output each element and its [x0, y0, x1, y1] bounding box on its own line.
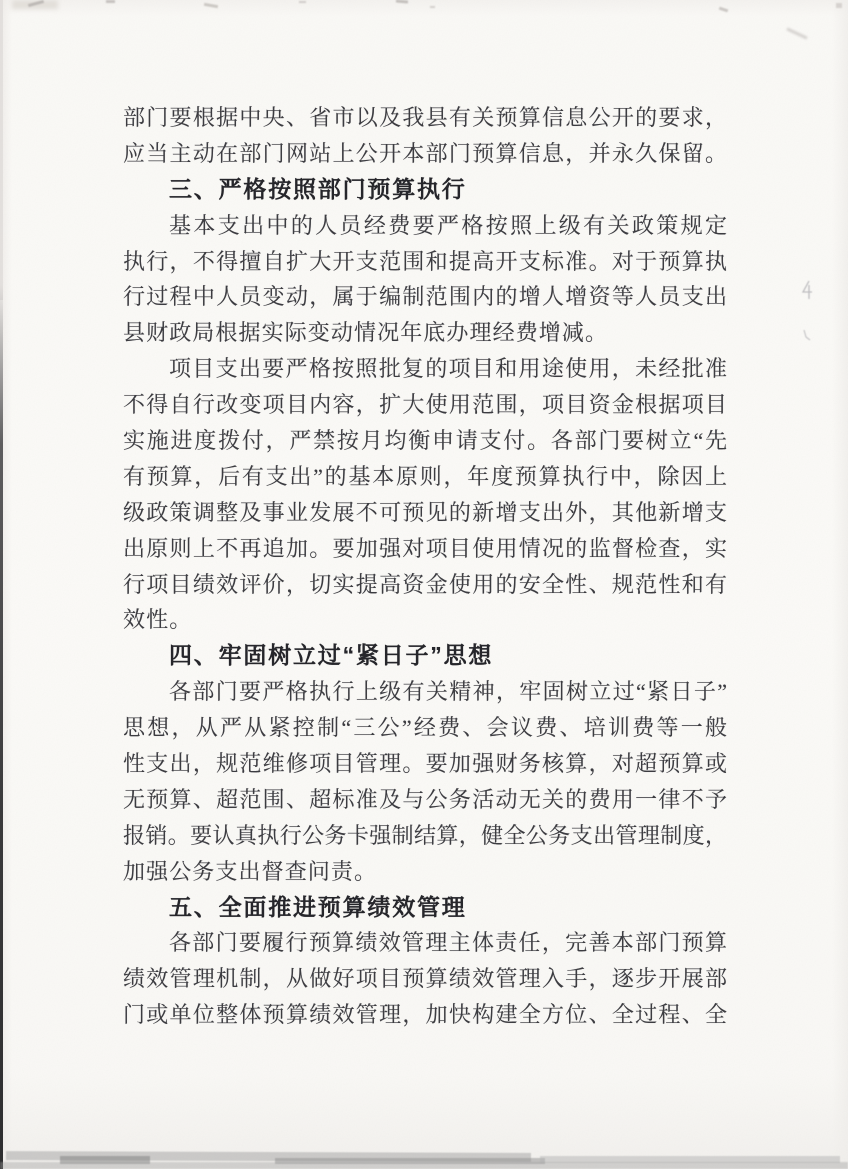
scan-speck	[299, 1, 306, 3]
section-heading-3: 三、严格按照部门预算执行	[123, 172, 727, 208]
scan-edge-bottom-band	[6, 1151, 531, 1162]
text-line: 门或单位整体预算绩效管理，加快构建全方位、全过程、全	[123, 997, 727, 1033]
scan-speck	[106, 0, 115, 3]
scan-speck	[719, 7, 728, 13]
text-line: 无预算、超范围、超标准及与公务活动无关的费用一律不予	[123, 782, 727, 818]
scanned-document-page: 部门要根据中央、省市以及我县有关预算信息公开的要求， 应当主动在部门网站上公开本…	[0, 0, 848, 1169]
text-line: 不得自行改变项目内容，扩大使用范围，项目资金根据项目	[123, 387, 727, 423]
scan-smudge-top-right	[786, 27, 807, 39]
scan-speck	[396, 0, 408, 4]
text-line: 出原则上不再追加。要加强对项目使用情况的监督检查，实	[123, 531, 727, 567]
text-line: 级政策调整及事业发展不可预见的新增支出外，其他新增支	[123, 495, 727, 531]
text-line: 部门要根据中央、省市以及我县有关预算信息公开的要求，	[123, 100, 727, 136]
text-line: 思想，从严从紧控制“三公”经费、会议费、培训费等一般	[123, 710, 727, 746]
scan-speck	[430, 6, 435, 8]
scan-speck	[28, 0, 44, 7]
scan-edge-left-line	[0, 285, 3, 1169]
scan-speck	[204, 3, 218, 8]
text-line: 绩效管理机制，从做好项目预算绩效管理入手，逐步开展部	[123, 961, 727, 997]
section-heading-4: 四、牢固树立过“紧日子”思想	[123, 638, 727, 674]
text-line: 加强公务支出督查问责。	[123, 854, 727, 890]
text-line: 应当主动在部门网站上公开本部门预算信息，并永久保留。	[123, 136, 727, 172]
text-line: 性支出，规范维修项目管理。要加强财务核算，对超预算或	[123, 746, 727, 782]
text-line: 各部门要严格执行上级有关精神，牢固树立过“紧日子”	[123, 674, 727, 710]
scan-edge-bottom-band	[0, 1162, 848, 1169]
scan-edge-bottom-band	[275, 1158, 545, 1164]
section-heading-5: 五、全面推进预算绩效管理	[123, 890, 727, 926]
text-line: 行项目绩效评价，切实提高资金使用的安全性、规范性和有	[123, 567, 727, 603]
text-line: 执行，不得擅自扩大开支范围和提高开支标准。对于预算执	[123, 244, 727, 280]
scan-edge-left-faint	[0, 0, 3, 300]
text-line: 行过程中人员变动，属于编制范围内的增人增资等人员支出	[123, 279, 727, 315]
scan-edge-bottom-band	[540, 1156, 840, 1163]
text-line: 项目支出要严格按照批复的项目和用途使用，未经批准	[123, 351, 727, 387]
scan-edge-bottom-band	[60, 1156, 150, 1164]
pencil-mark	[801, 328, 811, 342]
pencil-mark	[800, 280, 814, 300]
document-text-block: 部门要根据中央、省市以及我县有关预算信息公开的要求， 应当主动在部门网站上公开本…	[123, 100, 727, 1033]
text-line: 各部门要履行预算绩效管理主体责任，完善本部门预算	[123, 925, 727, 961]
text-line: 有预算，后有支出”的基本原则，年度预算执行中，除因上	[123, 459, 727, 495]
text-line: 报销。要认真执行公务卡强制结算，健全公务支出管理制度，	[123, 818, 727, 854]
text-line: 效性。	[123, 602, 727, 638]
text-line: 实施进度拨付，严禁按月均衡申请支付。各部门要树立“先	[123, 423, 727, 459]
scan-speck	[836, 3, 842, 8]
text-line: 基本支出中的人员经费要严格按照上级有关政策规定	[123, 208, 727, 244]
text-line: 县财政局根据实际变动情况年底办理经费增减。	[123, 315, 727, 351]
